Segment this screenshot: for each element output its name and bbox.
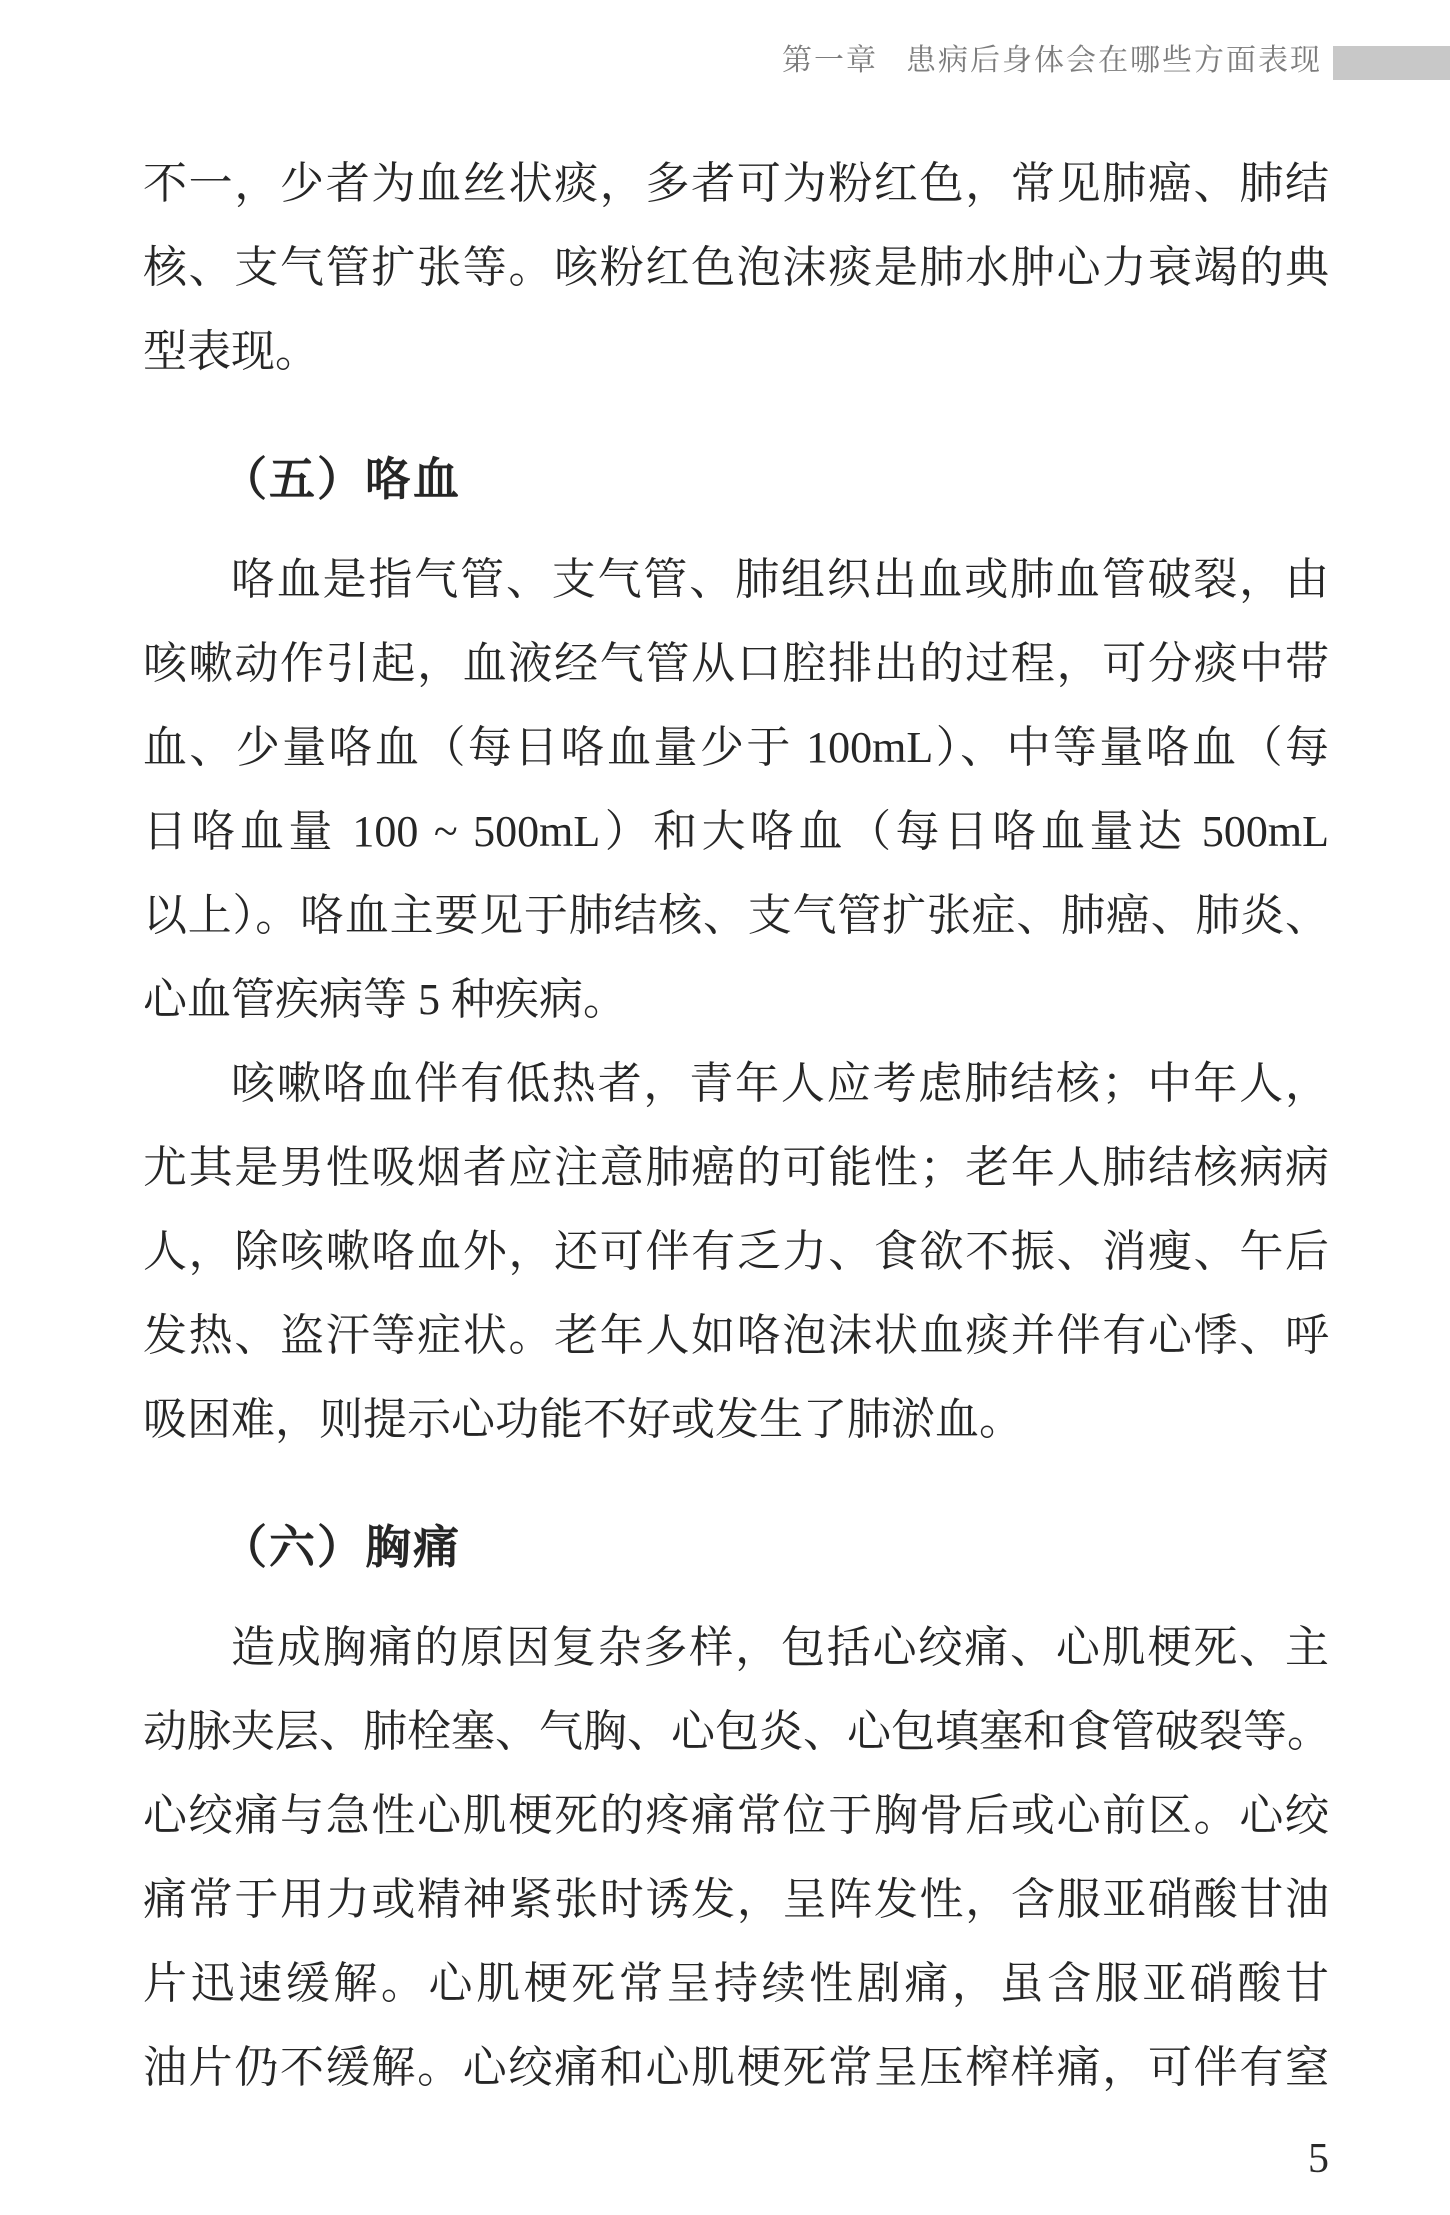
text-line: 吸困难，则提示心功能不好或发生了肺淤血。: [143, 1378, 1329, 1462]
chapter-title: 患病后身体会在哪些方面表现: [906, 44, 1322, 77]
paragraph: 造成胸痛的原因复杂多样，包括心绞痛、心肌梗死、主动脉夹层、肺栓塞、气胸、心包炎、…: [143, 1606, 1329, 2110]
text-line: 尤其是男性吸烟者应注意肺癌的可能性；老年人肺结核病病: [143, 1126, 1329, 1210]
text-line: 油片仍不缓解。心绞痛和心肌梗死常呈压榨样痛，可伴有窒: [143, 2026, 1329, 2110]
page-number: 5: [143, 2136, 1329, 2182]
running-header-text: 第一章患病后身体会在哪些方面表现: [782, 44, 1322, 78]
text-line: 日咯血量 100 ~ 500mL）和大咯血（每日咯血量达 500mL: [143, 790, 1329, 874]
section-heading: （六）胸痛: [143, 1516, 1329, 1580]
text-line: 核、支气管扩张等。咳粉红色泡沫痰是肺水肿心力衰竭的典: [143, 226, 1329, 310]
text-line: 发热、盗汗等症状。老年人如咯泡沫状血痰并伴有心悸、呼: [143, 1294, 1329, 1378]
text-line: 心绞痛与急性心肌梗死的疼痛常位于胸骨后或心前区。心绞: [143, 1774, 1329, 1858]
page-body: 不一，少者为血丝状痰，多者可为粉红色，常见肺癌、肺结核、支气管扩张等。咳粉红色泡…: [143, 142, 1329, 2110]
text-line: 型表现。: [143, 310, 1329, 394]
text-line: 咳嗽动作引起，血液经气管从口腔排出的过程，可分痰中带: [143, 622, 1329, 706]
paragraph: 不一，少者为血丝状痰，多者可为粉红色，常见肺癌、肺结核、支气管扩张等。咳粉红色泡…: [143, 142, 1329, 394]
text-line: 血、少量咯血（每日咯血量少于 100mL）、中等量咯血（每: [143, 706, 1329, 790]
text-line: 不一，少者为血丝状痰，多者可为粉红色，常见肺癌、肺结: [143, 142, 1329, 226]
text-line: 咳嗽咯血伴有低热者，青年人应考虑肺结核；中年人，: [143, 1042, 1329, 1126]
text-line: 人，除咳嗽咯血外，还可伴有乏力、食欲不振、消瘦、午后: [143, 1210, 1329, 1294]
paragraph: 咯血是指气管、支气管、肺组织出血或肺血管破裂，由咳嗽动作引起，血液经气管从口腔排…: [143, 538, 1329, 1042]
chapter-tab-decoration: [1333, 46, 1450, 80]
text-line: 以上）。咯血主要见于肺结核、支气管扩张症、肺癌、肺炎、: [143, 874, 1329, 958]
paragraph: 咳嗽咯血伴有低热者，青年人应考虑肺结核；中年人，尤其是男性吸烟者应注意肺癌的可能…: [143, 1042, 1329, 1462]
text-line: 咯血是指气管、支气管、肺组织出血或肺血管破裂，由: [143, 538, 1329, 622]
running-header: 第一章患病后身体会在哪些方面表现: [0, 40, 1450, 80]
section-heading: （五）咯血: [143, 448, 1329, 512]
text-line: 动脉夹层、肺栓塞、气胸、心包炎、心包填塞和食管破裂等。: [143, 1690, 1329, 1774]
text-line: 造成胸痛的原因复杂多样，包括心绞痛、心肌梗死、主: [143, 1606, 1329, 1690]
text-line: 片迅速缓解。心肌梗死常呈持续性剧痛，虽含服亚硝酸甘: [143, 1942, 1329, 2026]
chapter-label: 第一章: [782, 44, 878, 77]
text-line: 痛常于用力或精神紧张时诱发，呈阵发性，含服亚硝酸甘油: [143, 1858, 1329, 1942]
text-line: 心血管疾病等 5 种疾病。: [143, 958, 1329, 1042]
book-page: 第一章患病后身体会在哪些方面表现 不一，少者为血丝状痰，多者可为粉红色，常见肺癌…: [0, 0, 1450, 2215]
